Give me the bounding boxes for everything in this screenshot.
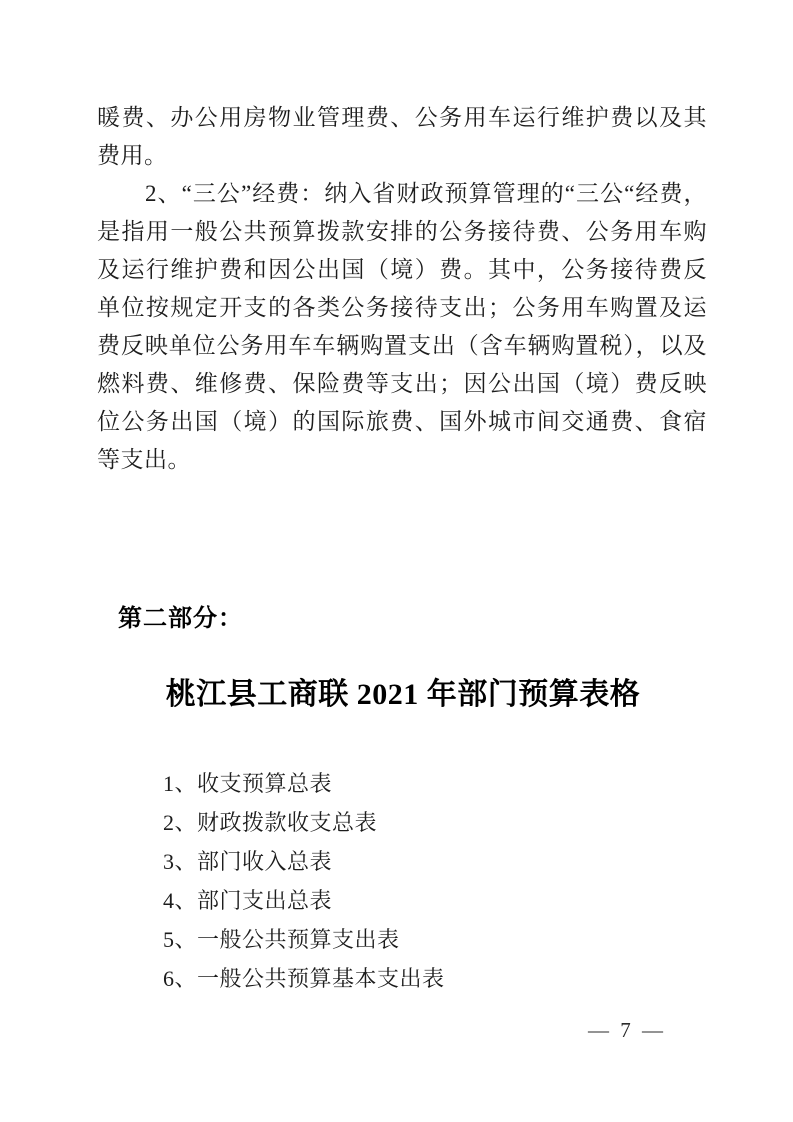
- list-item-2: 2、财政拨款收支总表: [163, 803, 445, 842]
- body-text: 暖费、办公用房物业管理费、公务用车运行维护费以及其他 费用。 2、“三公”经费：…: [97, 99, 707, 479]
- paragraph2-line-3: 及运行维护费和因公出国（境）费。其中，公务接待费反映: [97, 251, 707, 289]
- paragraph1-line-2: 费用。: [97, 137, 707, 175]
- paragraph2-line-5: 费反映单位公务用车车辆购置支出（含车辆购置税），以及: [97, 327, 707, 365]
- paragraph2-line-4: 单位按规定开支的各类公务接待支出；公务用车购置及运行: [97, 289, 707, 327]
- list-item-5: 5、一般公共预算支出表: [163, 920, 445, 959]
- paragraph2-line-1: 2、“三公”经费：纳入省财政预算管理的“三公“经费，: [97, 175, 707, 213]
- paragraph1-line-1: 暖费、办公用房物业管理费、公务用车运行维护费以及其他: [97, 99, 707, 137]
- list-item-3: 3、部门收入总表: [163, 842, 445, 881]
- list-item-1: 1、收支预算总表: [163, 764, 445, 803]
- list-item-6: 6、一般公共预算基本支出表: [163, 959, 445, 998]
- budget-table-list: 1、收支预算总表 2、财政拨款收支总表 3、部门收入总表 4、部门支出总表 5、…: [163, 764, 445, 998]
- paragraph2-line-7: 位公务出国（境）的国际旅费、国外城市间交通费、食宿费: [97, 403, 707, 441]
- paragraph2-line-6: 燃料费、维修费、保险费等支出；因公出国（境）费反映单: [97, 365, 707, 403]
- list-item-4: 4、部门支出总表: [163, 881, 445, 920]
- paragraph2-line-2: 是指用一般公共预算拨款安排的公务接待费、公务用车购置: [97, 213, 707, 251]
- paragraph2-line-8: 等支出。: [97, 441, 707, 479]
- page-number: — 7 —: [588, 1018, 666, 1043]
- document-page: 暖费、办公用房物业管理费、公务用车运行维护费以及其他 费用。 2、“三公”经费：…: [0, 0, 793, 1122]
- section-heading: 第二部分：: [118, 601, 243, 637]
- section-title: 桃江县工商联 2021 年部门预算表格: [97, 673, 709, 717]
